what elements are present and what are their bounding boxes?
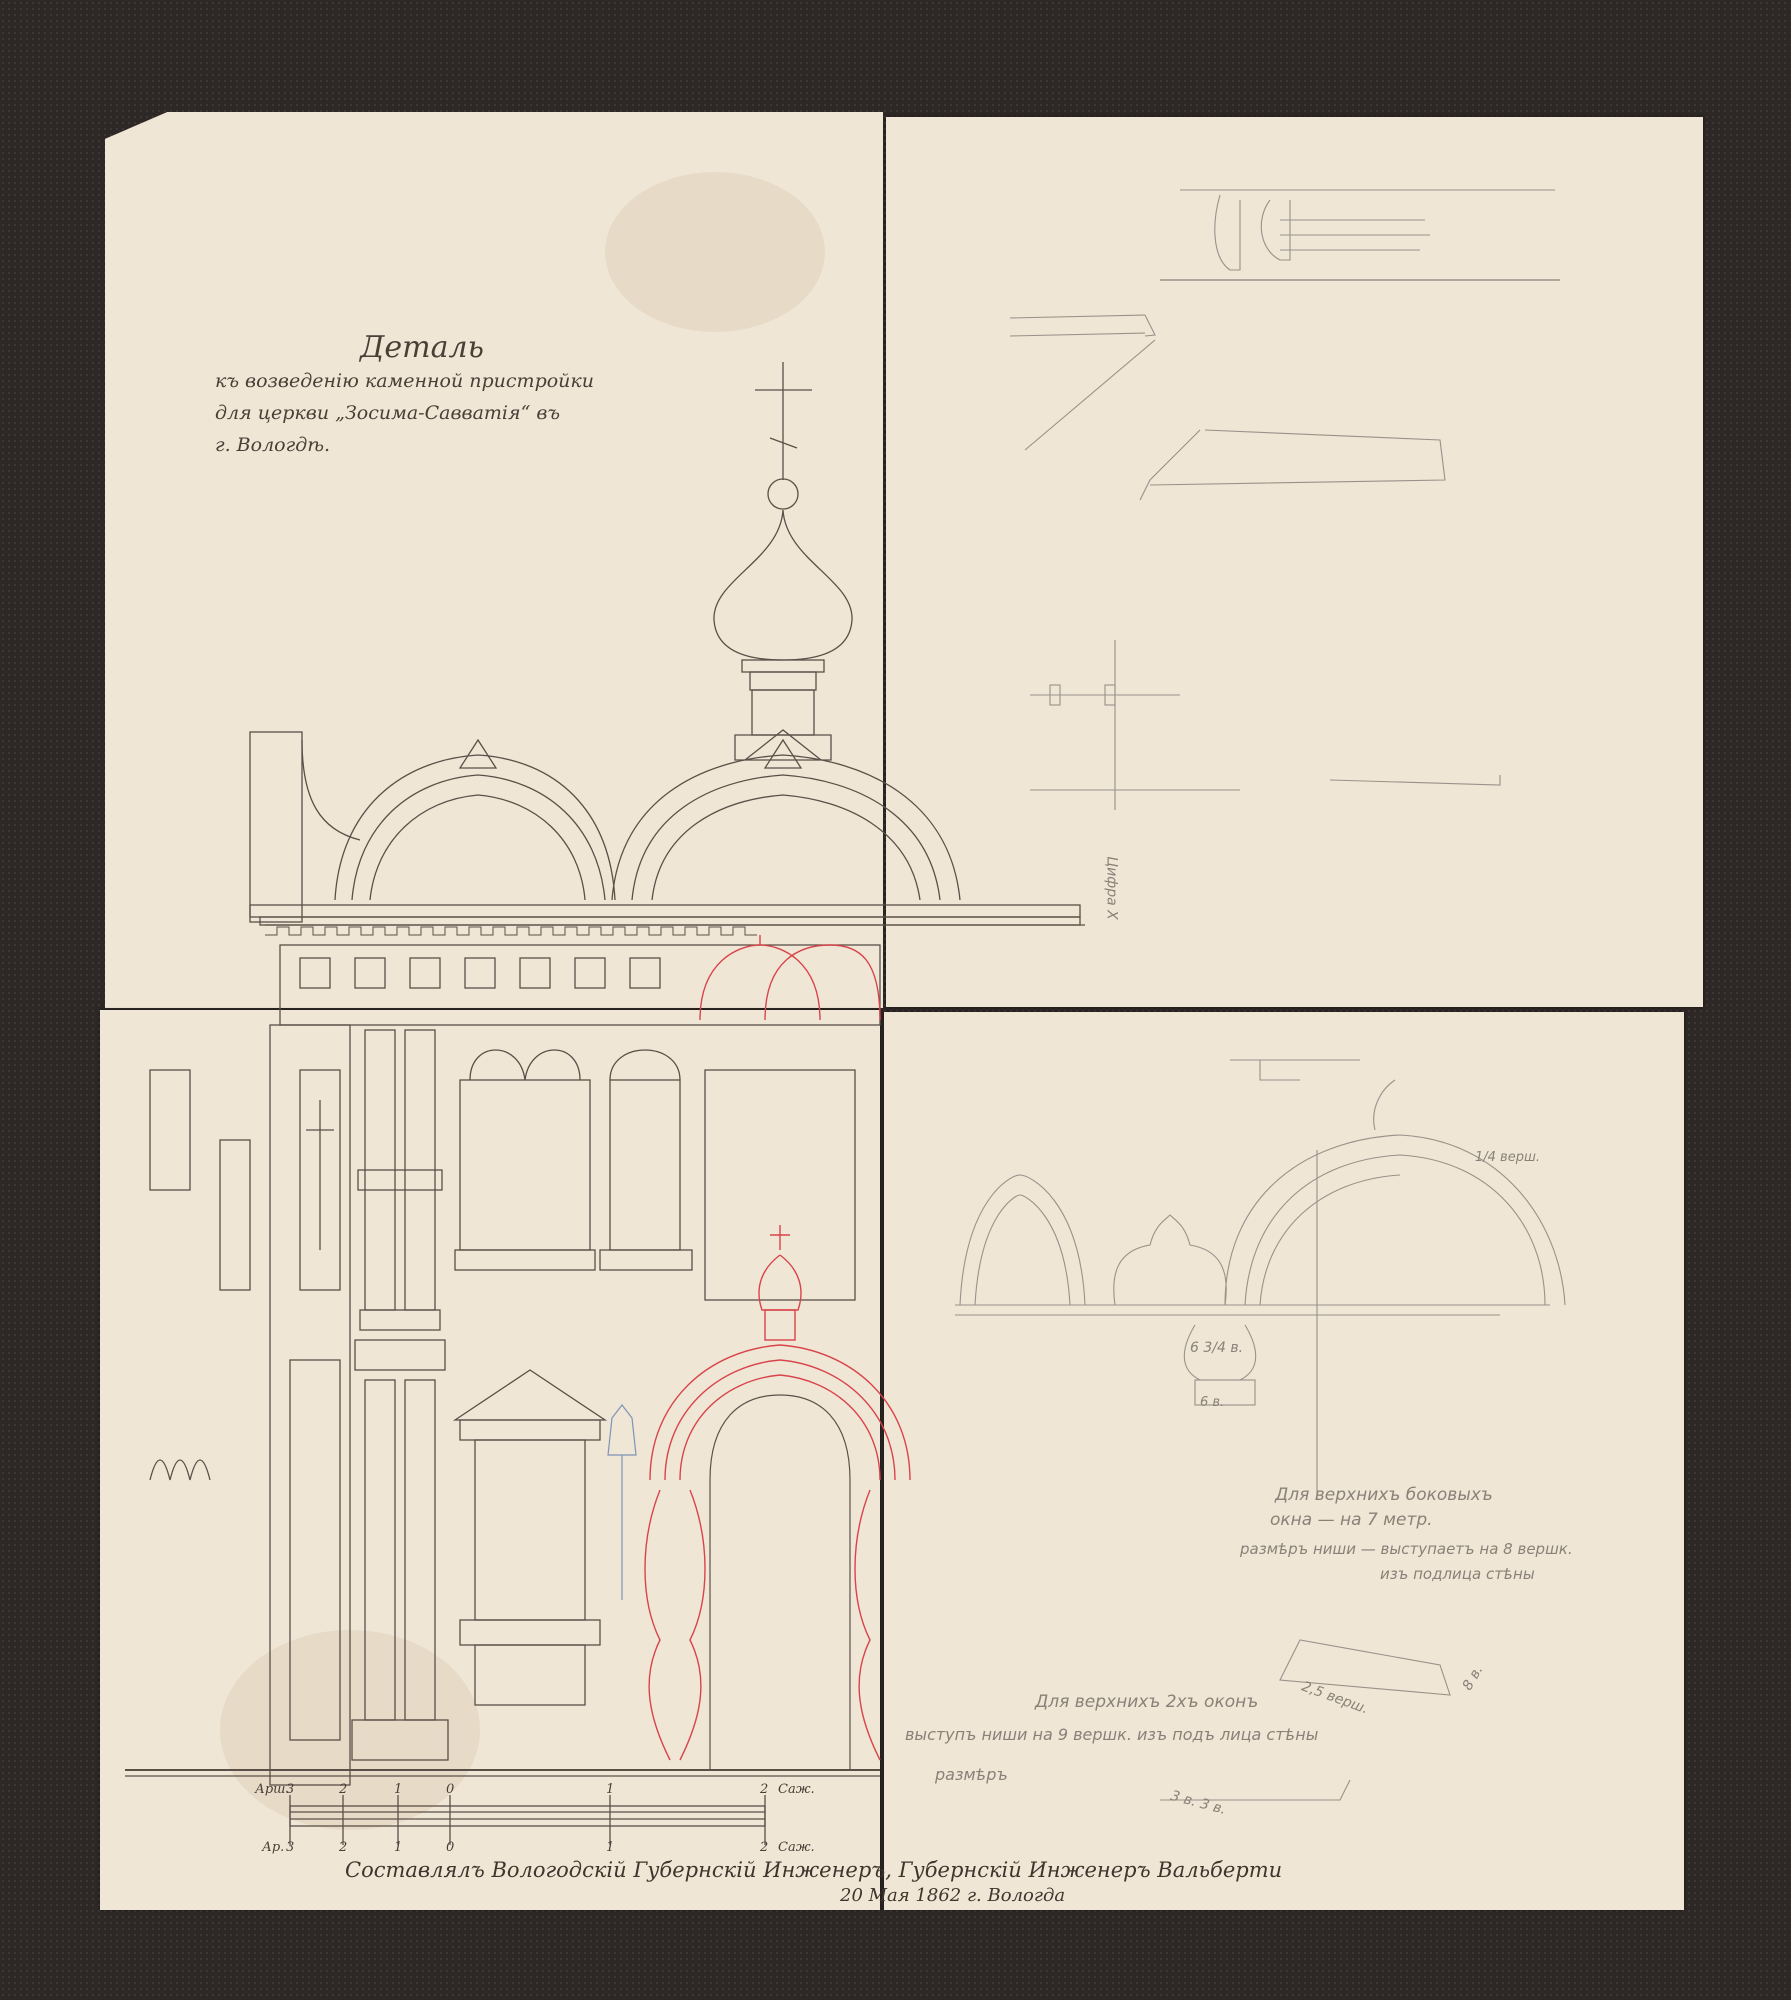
scale-tick-bottom: 2: [339, 1840, 347, 1855]
scale-unit-top-right: Саж.: [778, 1782, 815, 1797]
scale-unit-bottom-left: Ар.: [262, 1840, 284, 1855]
pencil-sketches: [955, 190, 1565, 1800]
scale-tick-bottom: 3: [286, 1840, 294, 1855]
red-portal-drawing: [645, 935, 910, 1760]
note-side-windows-2: окна — на 7 метр.: [1270, 1510, 1433, 1530]
cupola-cross-icon: [714, 362, 852, 760]
scale-tick-top: 3: [286, 1782, 294, 1797]
scale-unit-top-left: Арш.: [255, 1782, 290, 1797]
note-dim-6-3-4: 6 3/4 в.: [1190, 1340, 1243, 1356]
note-upper-windows-1: Для верхнихъ 2хъ оконъ: [1035, 1692, 1258, 1712]
note-dim-6: 6 в.: [1200, 1395, 1224, 1410]
scale-unit-bottom-right: Саж.: [778, 1840, 815, 1855]
note-dim-1-4: 1/4 верш.: [1475, 1150, 1540, 1165]
note-upper-windows-2: выступъ ниши на 9 вершк. изъ подъ лица с…: [905, 1725, 1318, 1744]
window-upper-double: [455, 1050, 595, 1270]
title-heading: Деталь: [360, 330, 484, 365]
scale-tick-top: 2: [760, 1782, 768, 1797]
note-vertical: Цифра X: [1104, 856, 1120, 919]
kokoshnik-arches-icon: [335, 740, 960, 900]
note-side-windows-4: изъ подлица стѣны: [1380, 1565, 1535, 1583]
scale-tick-bottom: 2: [760, 1840, 768, 1855]
drawing-layer: [0, 0, 1791, 2000]
window-upper-single: [600, 1050, 692, 1270]
lantern-icon: [608, 1405, 636, 1600]
note-side-windows-1: Для верхнихъ боковыхъ: [1275, 1485, 1493, 1505]
note-side-windows-3: размѣръ ниши — выступаетъ на 8 вершк.: [1240, 1540, 1573, 1558]
window-lower: [455, 1370, 605, 1705]
frieze-panels: [300, 958, 660, 988]
scale-bar: [290, 1795, 765, 1845]
scale-tick-bottom: 1: [394, 1840, 402, 1855]
scale-tick-top: 1: [394, 1782, 402, 1797]
note-upper-windows-3: размѣръ: [935, 1765, 1008, 1784]
signature-date: 20 Мая 1862 г. Вологда: [840, 1885, 1065, 1906]
scale-tick-bottom: 1: [606, 1840, 614, 1855]
column-pair-upper: [358, 1030, 442, 1330]
scale-tick-top: 0: [446, 1782, 454, 1797]
column-pair-lower: [352, 1340, 448, 1760]
signature-line: Составлялъ Вологодскій Губернскій Инжене…: [345, 1858, 1282, 1882]
title-line-1: къ возведенію каменной пристройки: [215, 370, 594, 392]
title-line-2: для церкви „Зосима-Савватія“ въ: [215, 402, 560, 424]
scale-tick-top: 1: [606, 1782, 614, 1797]
scale-tick-top: 2: [339, 1782, 347, 1797]
scale-tick-bottom: 0: [446, 1840, 454, 1855]
title-line-3: г. Вологдѣ.: [215, 434, 330, 456]
